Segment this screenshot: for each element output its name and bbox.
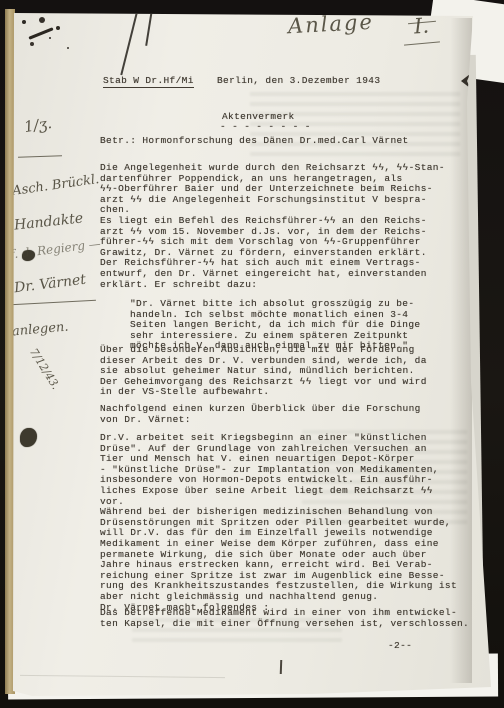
margin-note: f. d. Regierg — <box>9 237 101 262</box>
paraph-underline <box>18 155 62 158</box>
pen-tick-mark <box>280 660 282 674</box>
paper-crease <box>20 675 225 678</box>
document-ref: Stab W Dr.Hf/Mi <box>103 76 194 87</box>
page-number: -2-- <box>388 641 412 652</box>
margin-note: Handakte <box>13 210 84 233</box>
ink-spatter-dash <box>28 27 53 40</box>
document-ref-text: Stab W Dr.Hf/Mi <box>103 75 194 88</box>
margin-paraph: 1/ʒ. <box>23 114 53 136</box>
pen-stroke <box>145 10 153 46</box>
document-page: Anlage I. 1/ʒ. Asch. Brückl. Handakte f.… <box>12 10 494 698</box>
margin-note-underline <box>12 300 96 306</box>
dateline: Berlin, den 3.Dezember 1943 <box>217 76 380 87</box>
paragraph-3: Nachfolgend einen kurzen Überblick über … <box>100 404 421 425</box>
margin-note-date: 7/12/43. <box>27 346 62 392</box>
paragraph-5: Das betreffende Medikament wird in einer… <box>100 608 469 629</box>
anlage-numeral: I. <box>413 14 430 39</box>
margin-note: Asch. Brückl. <box>11 172 100 199</box>
anlage-annotation: Anlage <box>287 10 374 38</box>
paragraph-2: Über die besonderen Absichten, die mit d… <box>100 345 427 398</box>
paragraph-1: Die Angelegenheit wurde durch den Reichs… <box>100 163 445 290</box>
margin-note: anlegen. <box>11 320 69 340</box>
paragraph-4: Dr.V. arbeitet seit Kriegsbeginn an eine… <box>100 433 457 613</box>
photo-scene: Anlage I. 1/ʒ. Asch. Brückl. Handakte f.… <box>0 0 504 708</box>
subject-line: Betr.: Hormonforschung des Dänen Dr.med.… <box>100 136 409 147</box>
margin-note: Dr. Värnet <box>13 272 86 297</box>
document-title-underline: - - - - - - - - <box>220 122 311 133</box>
pen-stroke <box>120 13 137 76</box>
ink-blot <box>20 428 37 447</box>
anlage-underline <box>404 41 440 46</box>
ink-spatter <box>22 20 26 24</box>
